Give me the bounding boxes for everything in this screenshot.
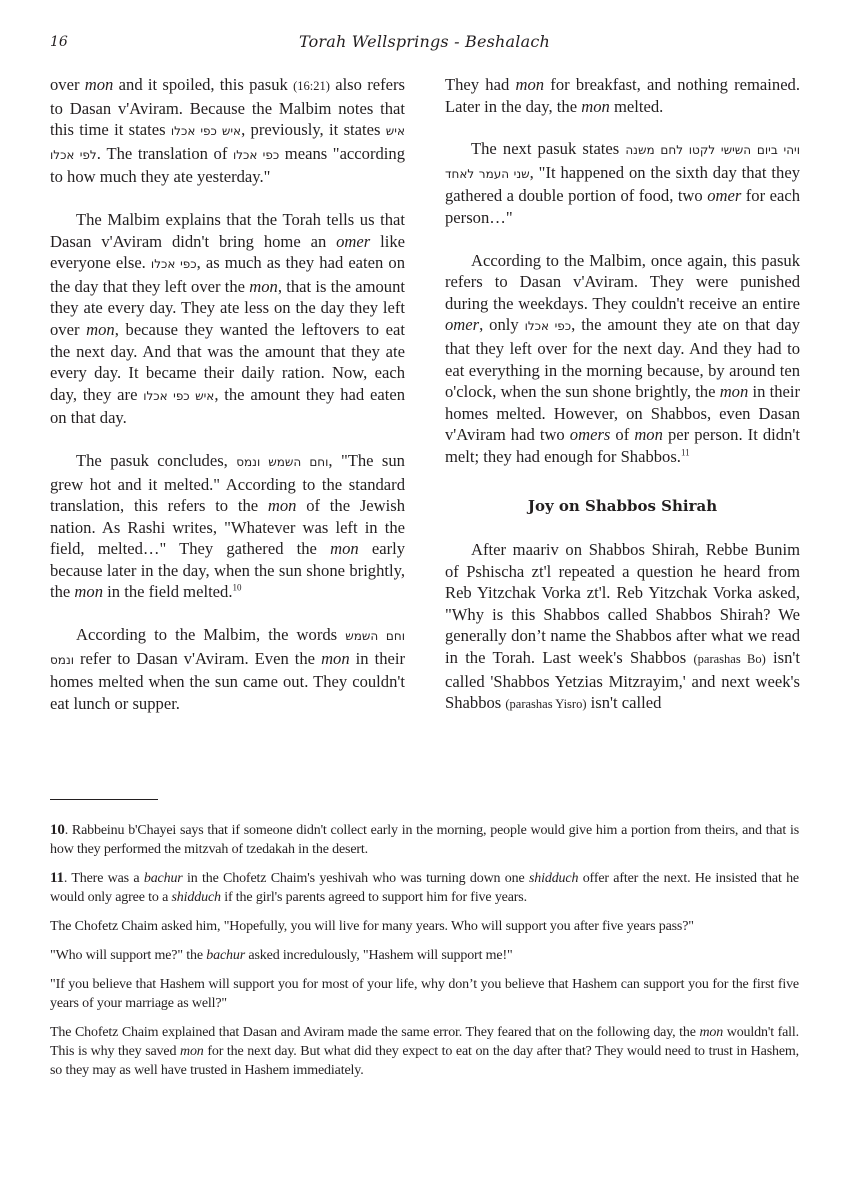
italic-term: omers (570, 425, 611, 444)
text: According to the Malbim, once again, thi… (445, 251, 800, 313)
paragraph: According to the Malbim, the words וחם ה… (50, 624, 405, 714)
hebrew-text: וחם השמש ונמס (236, 455, 328, 469)
hebrew-text: כפי אכלו (233, 148, 279, 162)
footnote-marker[interactable]: 10 (233, 583, 242, 593)
italic-term: omer (707, 186, 741, 205)
footnote-paragraph: "If you believe that Hashem will support… (50, 975, 799, 1013)
text: over (50, 75, 85, 94)
hebrew-text: כפי אכלו (151, 257, 197, 271)
footnote-10: 10. Rabbeinu b'Chayei says that if someo… (50, 821, 799, 859)
italic-term: omer (336, 232, 370, 251)
italic-term: mon (321, 649, 350, 668)
section-heading: Joy on Shabbos Shirah (445, 496, 800, 518)
paragraph: The next pasuk states ויהי ביום השישי לק… (445, 138, 800, 228)
footnotes: 10. Rabbeinu b'Chayei says that if someo… (50, 821, 799, 1090)
hebrew-text: כפי אכלו (525, 319, 572, 333)
text: isn't called (587, 693, 662, 712)
right-column: They had mon for breakfast, and nothing … (445, 74, 800, 737)
italic-term: shidduch (172, 890, 221, 905)
paragraph: According to the Malbim, once again, thi… (445, 250, 800, 468)
paragraph: over mon and it spoiled, this pasuk (16:… (50, 74, 405, 188)
book-page: 16 Torah Wellsprings - Beshalach over mo… (0, 0, 849, 1200)
footnote-paragraph: "Who will support me?" the bachur asked … (50, 946, 799, 965)
text: melted. (610, 97, 663, 116)
italic-term: mon (268, 496, 297, 515)
italic-term: mon (86, 320, 115, 339)
italic-term: mon (581, 97, 610, 116)
page-header: 16 Torah Wellsprings - Beshalach (50, 30, 799, 54)
text: and it spoiled, this pasuk (113, 75, 293, 94)
footnote-number: 11 (50, 870, 64, 886)
text: , previously, it states (241, 120, 386, 139)
parashah-reference: (parashas Bo) (694, 652, 766, 666)
italic-term: mon (699, 1025, 723, 1040)
text: in the field melted. (103, 582, 233, 601)
italic-term: omer (445, 315, 479, 334)
footnote-11: 11. There was a bachur in the Chofetz Ch… (50, 869, 799, 907)
text: . There was a (64, 871, 144, 886)
italic-term: mon (330, 539, 359, 558)
left-column: over mon and it spoiled, this pasuk (16:… (50, 74, 405, 735)
italic-term: mon (249, 277, 278, 296)
footnote-marker[interactable]: 11 (681, 447, 690, 457)
italic-term: mon (516, 75, 545, 94)
italic-term: mon (85, 75, 114, 94)
text: They had (445, 75, 516, 94)
parashah-reference: (parashas Yisro) (505, 697, 586, 711)
hebrew-text: איש כפי אכלו (171, 124, 241, 138)
text: in the Chofetz Chaim's yeshivah who was … (183, 871, 529, 886)
paragraph: The pasuk concludes, וחם השמש ונמס, "The… (50, 450, 405, 603)
text: refer to Dasan v'Aviram. Even the (74, 649, 321, 668)
paragraph: After maariv on Shabbos Shirah, Rebbe Bu… (445, 539, 800, 716)
paragraph: The Malbim explains that the Torah tells… (50, 209, 405, 429)
italic-term: mon (180, 1044, 204, 1059)
text: The next pasuk states (471, 139, 625, 158)
paragraph: They had mon for breakfast, and nothing … (445, 74, 800, 117)
italic-term: mon (634, 425, 663, 444)
footnote-paragraph: The Chofetz Chaim explained that Dasan a… (50, 1023, 799, 1080)
italic-term: mon (74, 582, 103, 601)
text: . Rabbeinu b'Chayei says that if someone… (50, 823, 799, 857)
footnote-paragraph: The Chofetz Chaim asked him, "Hopefully,… (50, 917, 799, 936)
text: if the girl's parents agreed to support … (221, 890, 527, 905)
text: . The translation of (97, 144, 233, 163)
text: asked incredulously, "Hashem will suppor… (245, 948, 512, 963)
hebrew-text: איש כפי אכלו (143, 389, 214, 403)
footnote-number: 10 (50, 822, 65, 838)
italic-term: bachur (144, 871, 183, 886)
verse-reference: (16:21) (293, 79, 330, 93)
text: The Chofetz Chaim explained that Dasan a… (50, 1025, 699, 1040)
italic-term: shidduch (529, 871, 578, 886)
text: "Who will support me?" the (50, 948, 206, 963)
text: of (610, 425, 634, 444)
text: According to the Malbim, the words (76, 625, 345, 644)
text: After maariv on Shabbos Shirah, Rebbe Bu… (445, 540, 800, 667)
text: The pasuk concludes, (76, 451, 236, 470)
text: , only (479, 315, 524, 334)
italic-term: mon (720, 382, 749, 401)
running-title: Torah Wellsprings - Beshalach (50, 32, 799, 51)
italic-term: bachur (206, 948, 245, 963)
footnote-separator (50, 799, 158, 800)
